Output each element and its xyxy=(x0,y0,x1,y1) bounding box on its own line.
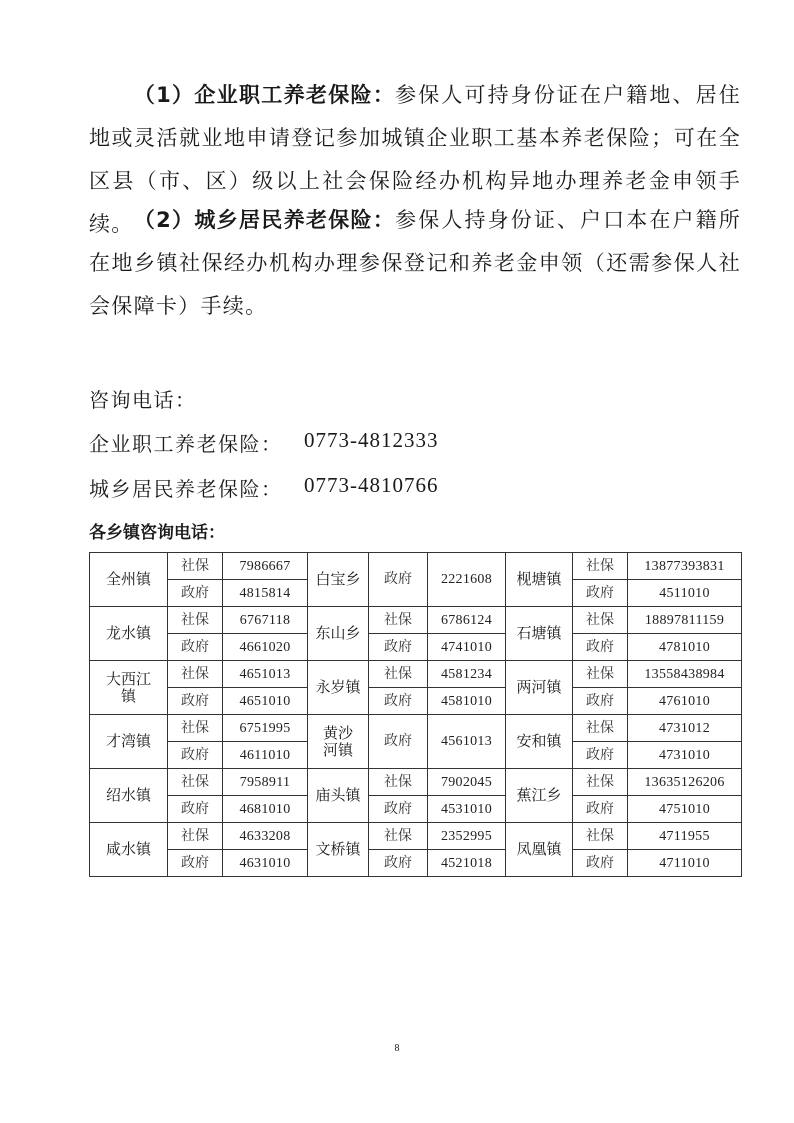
category-label: 社保 xyxy=(369,661,428,688)
phone-number: 4581234 xyxy=(428,661,506,688)
phone-number: 4711010 xyxy=(628,850,742,877)
phone-number: 4781010 xyxy=(628,634,742,661)
town-name: 文桥镇 xyxy=(308,823,369,877)
town-name: 凤凰镇 xyxy=(506,823,573,877)
phone-number: 4761010 xyxy=(628,688,742,715)
table-row: 政府4681010政府4531010政府4751010 xyxy=(90,796,742,823)
phone-number: 13635126206 xyxy=(628,769,742,796)
category-label: 政府 xyxy=(168,796,223,823)
table-row: 绍水镇社保7958911庙头镇社保7902045蕉江乡社保13635126206 xyxy=(90,769,742,796)
table-row: 才湾镇社保6751995黄沙河镇政府4561013安和镇社保4731012 xyxy=(90,715,742,742)
category-label: 社保 xyxy=(168,715,223,742)
table-row: 政府4661020政府4741010政府4781010 xyxy=(90,634,742,661)
section-resident-pension: （2）城乡居民养老保险：参保人持身份证、户口本在户籍所在地乡镇社保经办机构办理参… xyxy=(89,199,741,328)
phone-number: 4751010 xyxy=(628,796,742,823)
category-label: 社保 xyxy=(369,769,428,796)
town-name: 永岁镇 xyxy=(308,661,369,715)
consult-phone: 0773-4812333 xyxy=(304,428,439,453)
phone-number: 4581010 xyxy=(428,688,506,715)
page-number: 8 xyxy=(0,1043,794,1054)
town-phone-table: 全州镇社保7986667白宝乡政府2221608枧塘镇社保13877393831… xyxy=(89,552,742,877)
table-row: 龙水镇社保6767118东山乡社保6786124石塘镇社保18897811159 xyxy=(90,607,742,634)
phone-number: 4633208 xyxy=(223,823,308,850)
table-row: 大西江镇社保4651013永岁镇社保4581234两河镇社保1355843898… xyxy=(90,661,742,688)
category-label: 政府 xyxy=(168,688,223,715)
category-label: 社保 xyxy=(168,553,223,580)
category-label: 政府 xyxy=(573,580,628,607)
category-label: 政府 xyxy=(369,688,428,715)
table-row: 全州镇社保7986667白宝乡政府2221608枧塘镇社保13877393831 xyxy=(90,553,742,580)
town-name: 东山乡 xyxy=(308,607,369,661)
town-name: 石塘镇 xyxy=(506,607,573,661)
phone-number: 4631010 xyxy=(223,850,308,877)
phone-number: 4731010 xyxy=(628,742,742,769)
phone-number: 4531010 xyxy=(428,796,506,823)
consult-line-enterprise: 企业职工养老保险： 0773-4812333 xyxy=(89,428,283,457)
phone-number: 4521018 xyxy=(428,850,506,877)
phone-number: 18897811159 xyxy=(628,607,742,634)
phone-number: 4651013 xyxy=(223,661,308,688)
town-name: 大西江镇 xyxy=(90,661,168,715)
category-label: 政府 xyxy=(573,850,628,877)
category-label: 政府 xyxy=(369,850,428,877)
town-name: 绍水镇 xyxy=(90,769,168,823)
consult-title: 咨询电话： xyxy=(89,384,197,413)
category-label: 社保 xyxy=(369,607,428,634)
town-name: 全州镇 xyxy=(90,553,168,607)
phone-number: 13558438984 xyxy=(628,661,742,688)
phone-number: 4611010 xyxy=(223,742,308,769)
town-name: 咸水镇 xyxy=(90,823,168,877)
category-label: 政府 xyxy=(168,742,223,769)
phone-number: 4511010 xyxy=(628,580,742,607)
category-label: 政府 xyxy=(573,634,628,661)
town-table-title: 各乡镇咨询电话： xyxy=(89,518,225,543)
category-label: 社保 xyxy=(168,607,223,634)
consult-label: 城乡居民养老保险： xyxy=(89,477,283,501)
category-label: 社保 xyxy=(168,769,223,796)
category-label: 社保 xyxy=(369,823,428,850)
category-label: 社保 xyxy=(573,715,628,742)
category-label: 政府 xyxy=(369,715,428,769)
phone-number: 6786124 xyxy=(428,607,506,634)
category-label: 政府 xyxy=(168,634,223,661)
category-label: 政府 xyxy=(168,850,223,877)
phone-number: 4815814 xyxy=(223,580,308,607)
town-name: 龙水镇 xyxy=(90,607,168,661)
town-name: 枧塘镇 xyxy=(506,553,573,607)
phone-number: 4741010 xyxy=(428,634,506,661)
category-label: 社保 xyxy=(573,607,628,634)
town-name: 两河镇 xyxy=(506,661,573,715)
table-row: 政府4651010政府4581010政府4761010 xyxy=(90,688,742,715)
town-name: 安和镇 xyxy=(506,715,573,769)
phone-number: 7958911 xyxy=(223,769,308,796)
phone-number: 4651010 xyxy=(223,688,308,715)
category-label: 社保 xyxy=(573,769,628,796)
phone-number: 2352995 xyxy=(428,823,506,850)
phone-number: 4681010 xyxy=(223,796,308,823)
category-label: 政府 xyxy=(573,742,628,769)
category-label: 社保 xyxy=(573,661,628,688)
category-label: 政府 xyxy=(369,796,428,823)
town-name: 才湾镇 xyxy=(90,715,168,769)
phone-number: 7986667 xyxy=(223,553,308,580)
phone-number: 6767118 xyxy=(223,607,308,634)
consult-phone: 0773-4810766 xyxy=(304,473,439,498)
category-label: 社保 xyxy=(168,823,223,850)
town-name: 蕉江乡 xyxy=(506,769,573,823)
town-name: 庙头镇 xyxy=(308,769,369,823)
category-label: 政府 xyxy=(369,634,428,661)
category-label: 政府 xyxy=(573,688,628,715)
table-row: 咸水镇社保4633208文桥镇社保2352995凤凰镇社保4711955 xyxy=(90,823,742,850)
section-label: （1）企业职工养老保险： xyxy=(133,83,395,107)
phone-number: 4731012 xyxy=(628,715,742,742)
phone-number: 13877393831 xyxy=(628,553,742,580)
category-label: 政府 xyxy=(573,796,628,823)
section-label: （2）城乡居民养老保险： xyxy=(133,208,395,232)
phone-number: 2221608 xyxy=(428,553,506,607)
phone-number: 7902045 xyxy=(428,769,506,796)
consult-label: 企业职工养老保险： xyxy=(89,432,283,456)
category-label: 政府 xyxy=(168,580,223,607)
category-label: 社保 xyxy=(168,661,223,688)
category-label: 社保 xyxy=(573,553,628,580)
category-label: 政府 xyxy=(369,553,428,607)
category-label: 社保 xyxy=(573,823,628,850)
phone-number: 4561013 xyxy=(428,715,506,769)
consult-line-resident: 城乡居民养老保险： 0773-4810766 xyxy=(89,473,283,502)
table-row: 政府4631010政府4521018政府4711010 xyxy=(90,850,742,877)
town-name: 白宝乡 xyxy=(308,553,369,607)
phone-number: 4711955 xyxy=(628,823,742,850)
phone-number: 6751995 xyxy=(223,715,308,742)
phone-number: 4661020 xyxy=(223,634,308,661)
town-name: 黄沙河镇 xyxy=(308,715,369,769)
